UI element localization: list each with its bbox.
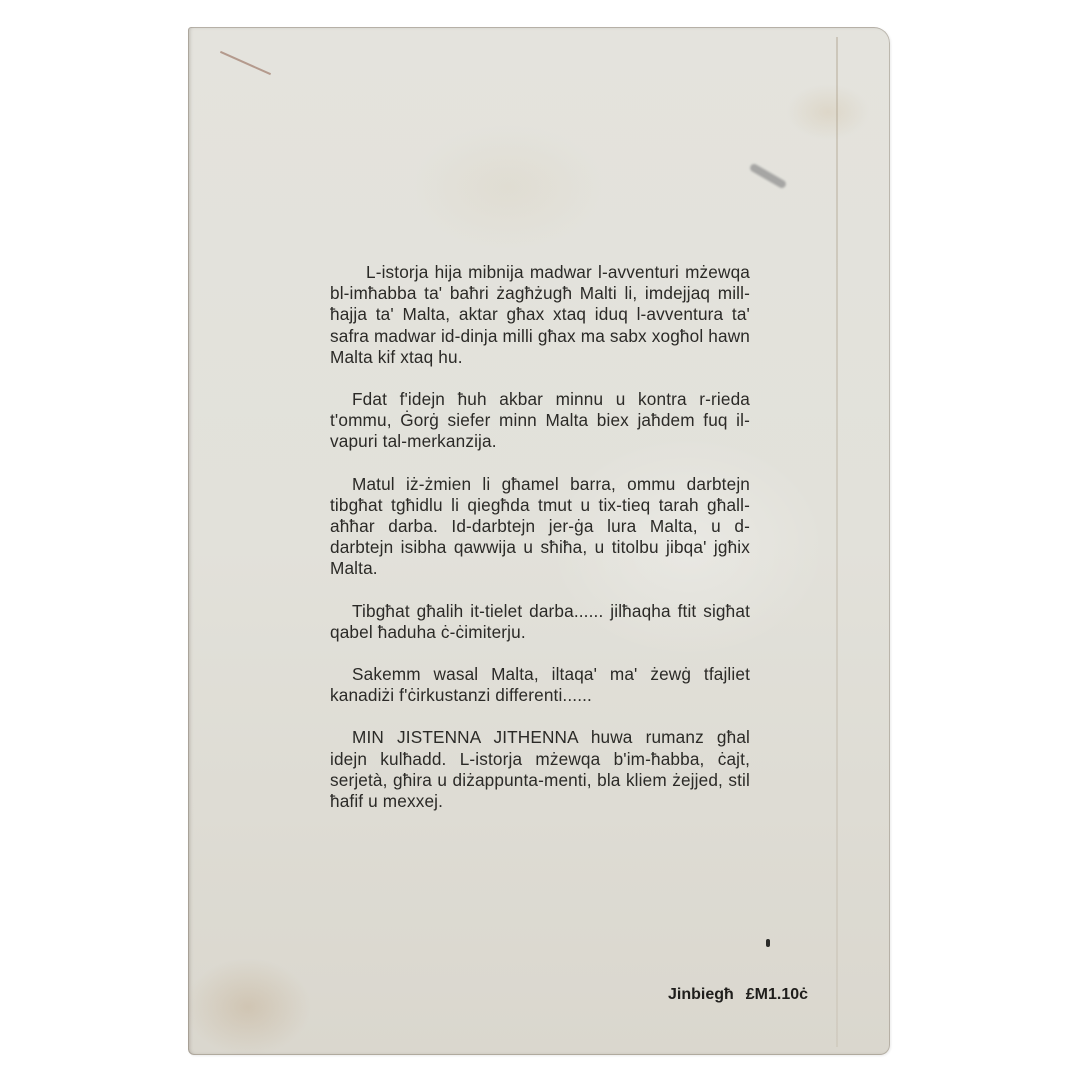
blurb-text: L-istorja hija mibnija madwar l-avventur…: [330, 262, 750, 833]
blurb-paragraph-6: MIN JISTENNA JITHENNA huwa rumanz għal i…: [330, 727, 750, 812]
paragraph-text: L-istorja hija mibnija madwar l-avventur…: [330, 262, 750, 367]
blurb-paragraph-3: Matul iż-żmien li għamel barra, ommu dar…: [330, 474, 750, 580]
paragraph-text: MIN JISTENNA JITHENNA huwa rumanz għal i…: [330, 727, 750, 811]
scratch-mark: [220, 51, 271, 75]
paragraph-text: Tibgħat għalih it-tielet darba...... jil…: [330, 601, 750, 642]
paragraph-text: Sakemm wasal Malta, iltaqa' ma' żewġ tfa…: [330, 664, 750, 705]
price-value: £M1.10ċ: [746, 986, 808, 1003]
blurb-paragraph-4: Tibgħat għalih it-tielet darba...... jil…: [330, 601, 750, 643]
paragraph-text: Matul iż-żmien li għamel barra, ommu dar…: [330, 474, 750, 579]
blurb-paragraph-2: Fdat f'idejn ħuh akbar minnu u kontra r-…: [330, 389, 750, 453]
sale-label: Jinbiegħ: [668, 986, 734, 1003]
ink-speck: [766, 939, 770, 947]
blurb-paragraph-5: Sakemm wasal Malta, iltaqa' ma' żewġ tfa…: [330, 664, 750, 706]
paragraph-text: Fdat f'idejn ħuh akbar minnu u kontra r-…: [330, 389, 750, 451]
blurb-paragraph-1: L-istorja hija mibnija madwar l-avventur…: [330, 262, 750, 368]
spine-crease: [836, 37, 838, 1047]
price-label: Jinbiegħ£M1.10ċ: [668, 986, 808, 1004]
smudge-mark: [749, 163, 788, 190]
